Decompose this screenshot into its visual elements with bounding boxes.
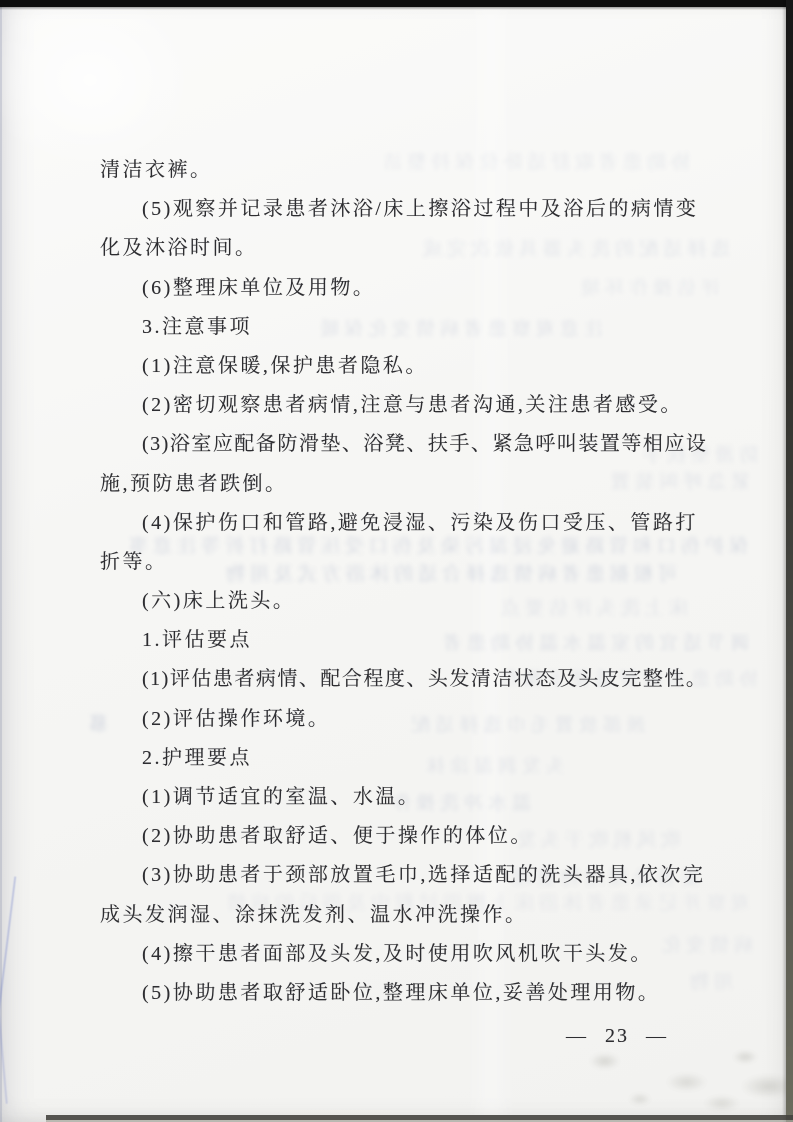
- scan-corner-mottle: [558, 1036, 792, 1120]
- text-line: 折等。: [100, 543, 716, 582]
- text-line: (2)评估操作环境。: [100, 700, 716, 739]
- text-line: (3)协助患者于颈部放置毛巾,选择适配的洗头器具,依次完: [100, 856, 716, 895]
- scan-fold-crease: [0, 876, 16, 1027]
- text-line: 清洁衣裤。: [100, 151, 716, 190]
- text-line: (4)擦干患者面部及头发,及时使用吹风机吹干头发。: [100, 935, 716, 974]
- text-line: (1)评估患者病情、配合程度、头发清洁状态及头皮完整性。: [100, 660, 716, 699]
- page-text: 清洁衣裤。 (5)观察并记录患者沐浴/床上擦浴过程中及浴后的病情变 化及沐浴时间…: [100, 151, 716, 1013]
- text-line: (4)保护伤口和管路,避免浸湿、污染及伤口受压、管路打: [100, 504, 716, 543]
- scan-edge-top: [0, 0, 793, 7]
- scan-edge-top-shadow: [0, 7, 793, 10]
- text-line: (2)密切观察患者病情,注意与患者沟通,关注患者感受。: [100, 386, 716, 425]
- scan-edge-right: [786, 0, 793, 1122]
- text-line: 施,预防患者跌倒。: [100, 465, 716, 504]
- text-line: (5)协助患者取舒适卧位,整理床单位,妥善处理用物。: [100, 974, 716, 1013]
- text-line: (1)注意保暖,保护患者隐私。: [100, 347, 716, 386]
- text-line: (6)整理床单位及用物。: [100, 269, 716, 308]
- text-line: (5)观察并记录患者沐浴/床上擦浴过程中及浴后的病情变: [100, 190, 716, 229]
- text-line: 2.护理要点: [100, 739, 716, 778]
- scanned-page: 协助患者取舒适卧位保持整洁 选择适配的洗头器具依次完成 评估操作环境 注意观察患…: [0, 0, 793, 1122]
- text-line: (1)调节适宜的室温、水温。: [100, 778, 716, 817]
- text-line: (3)浴室应配备防滑垫、浴凳、扶手、紧急呼叫装置等相应设: [100, 425, 716, 464]
- text-line: 1.评估要点: [100, 621, 716, 660]
- scan-left-crease: [0, 0, 2, 1122]
- text-line: 成头发润湿、涂抹洗发剂、温水冲洗操作。: [100, 896, 716, 935]
- text-line: (2)协助患者取舒适、便于操作的体位。: [100, 817, 716, 856]
- text-line: 化及沐浴时间。: [100, 229, 716, 268]
- text-line: (六)床上洗头。: [100, 582, 716, 621]
- text-line: 3.注意事项: [100, 308, 716, 347]
